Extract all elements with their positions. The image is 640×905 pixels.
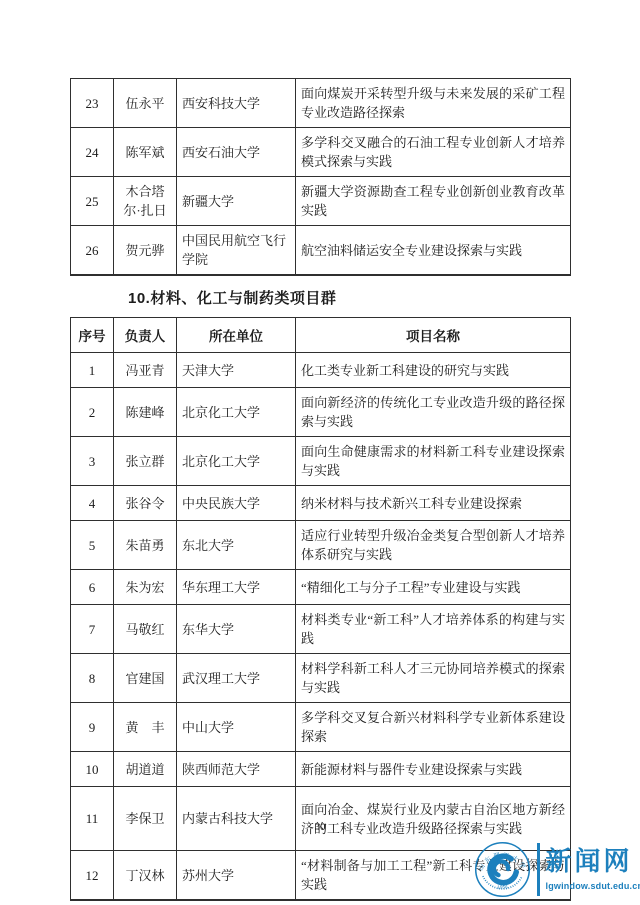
cell-row-number: 12 — [71, 851, 114, 901]
table-header-row: 序号 负责人 所在单位 项目名称 — [71, 318, 571, 353]
cell-row-number: 9 — [71, 703, 114, 752]
cell-row-number: 10 — [71, 752, 114, 787]
cell-person: 张谷令 — [114, 486, 177, 521]
cell-person: 马敬红 — [114, 605, 177, 654]
table-row: 3 张立群 北京化工大学 面向生命健康需求的材料新工科专业建设探索与实践 — [71, 437, 571, 486]
cell-row-number: 24 — [71, 128, 114, 177]
cell-unit: 苏州大学 — [177, 851, 296, 901]
column-header-unit: 所在单位 — [177, 318, 296, 353]
cell-person: 木合塔尔·扎日 — [114, 177, 177, 226]
table-row: 24 陈军斌 西安石油大学 多学科交叉融合的石油工程专业创新人才培养模式探索与实… — [71, 128, 571, 177]
cell-person: 陈建峰 — [114, 388, 177, 437]
cell-unit: 新疆大学 — [177, 177, 296, 226]
watermark-text-block: 新闻网 lgwindow.sdut.edu.cn — [546, 847, 640, 892]
cell-person: 黄 丰 — [114, 703, 177, 752]
cell-project: 适应行业转型升级冶金类复合型创新人才培养体系研究与实践 — [296, 521, 571, 570]
cell-unit: 东北大学 — [177, 521, 296, 570]
cell-person: 朱为宏 — [114, 570, 177, 605]
cell-person: 丁汉林 — [114, 851, 177, 901]
table-row: 9 黄 丰 中山大学 多学科交叉复合新兴材料科学专业新体系建设探索 — [71, 703, 571, 752]
cell-unit: 西安科技大学 — [177, 79, 296, 128]
cell-row-number: 3 — [71, 437, 114, 486]
cell-row-number: 26 — [71, 226, 114, 276]
cell-person: 伍永平 — [114, 79, 177, 128]
cell-row-number: 2 — [71, 388, 114, 437]
cell-person: 朱苗勇 — [114, 521, 177, 570]
cell-project: 纳米材料与技术新兴工科专业建设探索 — [296, 486, 571, 521]
projects-table: 序号 负责人 所在单位 项目名称 1 冯亚青 天津大学 化工类专业新工科建设的研… — [70, 317, 571, 901]
cell-row-number: 6 — [71, 570, 114, 605]
cell-person: 官建国 — [114, 654, 177, 703]
table-row: 25 木合塔尔·扎日 新疆大学 新疆大学资源勘查工程专业创新创业教育改革实践 — [71, 177, 571, 226]
cell-person: 冯亚青 — [114, 353, 177, 388]
cell-project: 多学科交叉复合新兴材料科学专业新体系建设探索 — [296, 703, 571, 752]
table-row: 10 胡道道 陕西师范大学 新能源材料与器件专业建设探索与实践 — [71, 752, 571, 787]
table-row: 8 官建国 武汉理工大学 材料学科新工科人才三元协同培养模式的探索与实践 — [71, 654, 571, 703]
document-page: 23 伍永平 西安科技大学 面向煤炭开采转型升级与未来发展的采矿工程专业改造路径… — [0, 0, 640, 905]
cell-project: 航空油料储运安全专业建设探索与实践 — [296, 226, 571, 276]
cell-project: “精细化工与分子工程”专业建设与实践 — [296, 570, 571, 605]
cell-project: 面向新经济的传统化工专业改造升级的路径探索与实践 — [296, 388, 571, 437]
column-header-person: 负责人 — [114, 318, 177, 353]
page-number: 30 — [0, 821, 640, 833]
cell-person: 陈军斌 — [114, 128, 177, 177]
cell-unit: 中国民用航空飞行学院 — [177, 226, 296, 276]
news-site-watermark: 山东理工大学 1956 新闻网 lgwindow.sdut.edu.cn — [474, 840, 640, 898]
table-row: 23 伍永平 西安科技大学 面向煤炭开采转型升级与未来发展的采矿工程专业改造路径… — [71, 79, 571, 128]
watermark-divider — [537, 843, 540, 896]
cell-unit: 东华大学 — [177, 605, 296, 654]
cell-project: 新能源材料与器件专业建设探索与实践 — [296, 752, 571, 787]
table-row: 5 朱苗勇 东北大学 适应行业转型升级冶金类复合型创新人才培养体系研究与实践 — [71, 521, 571, 570]
cell-row-number: 7 — [71, 605, 114, 654]
page-content: 23 伍永平 西安科技大学 面向煤炭开采转型升级与未来发展的采矿工程专业改造路径… — [70, 78, 570, 901]
site-name: 新闻网 — [546, 847, 640, 875]
cell-row-number: 25 — [71, 177, 114, 226]
cell-person: 贺元骅 — [114, 226, 177, 276]
university-seal-logo: 山东理工大学 1956 — [474, 841, 531, 898]
column-header-project: 项目名称 — [296, 318, 571, 353]
cell-row-number: 11 — [71, 787, 114, 851]
table-row: 2 陈建峰 北京化工大学 面向新经济的传统化工专业改造升级的路径探索与实践 — [71, 388, 571, 437]
cell-row-number: 23 — [71, 79, 114, 128]
cell-project: 材料学科新工科人才三元协同培养模式的探索与实践 — [296, 654, 571, 703]
cell-unit: 中山大学 — [177, 703, 296, 752]
site-url: lgwindow.sdut.edu.cn — [546, 881, 640, 892]
cell-project: 面向煤炭开采转型升级与未来发展的采矿工程专业改造路径探索 — [296, 79, 571, 128]
cell-person: 张立群 — [114, 437, 177, 486]
section-heading: 10.材料、化工与制药类项目群 — [70, 287, 570, 308]
cell-unit: 华东理工大学 — [177, 570, 296, 605]
cell-unit: 天津大学 — [177, 353, 296, 388]
cell-unit: 北京化工大学 — [177, 437, 296, 486]
table-row: 1 冯亚青 天津大学 化工类专业新工科建设的研究与实践 — [71, 353, 571, 388]
cell-project: 化工类专业新工科建设的研究与实践 — [296, 353, 571, 388]
cell-project: 面向生命健康需求的材料新工科专业建设探索与实践 — [296, 437, 571, 486]
cell-unit: 西安石油大学 — [177, 128, 296, 177]
seal-swirl-inner — [494, 861, 508, 875]
projects-table-continued: 23 伍永平 西安科技大学 面向煤炭开采转型升级与未来发展的采矿工程专业改造路径… — [70, 78, 571, 276]
cell-project: 新疆大学资源勘查工程专业创新创业教育改革实践 — [296, 177, 571, 226]
cell-project: 材料类专业“新工科”人才培养体系的构建与实践 — [296, 605, 571, 654]
cell-unit: 北京化工大学 — [177, 388, 296, 437]
column-header-no: 序号 — [71, 318, 114, 353]
cell-unit: 中央民族大学 — [177, 486, 296, 521]
cell-person: 李保卫 — [114, 787, 177, 851]
table-row: 26 贺元骅 中国民用航空飞行学院 航空油料储运安全专业建设探索与实践 — [71, 226, 571, 276]
cell-unit: 内蒙古科技大学 — [177, 787, 296, 851]
cell-row-number: 4 — [71, 486, 114, 521]
cell-unit: 陕西师范大学 — [177, 752, 296, 787]
table-row: 4 张谷令 中央民族大学 纳米材料与技术新兴工科专业建设探索 — [71, 486, 571, 521]
cell-row-number: 1 — [71, 353, 114, 388]
table-row: 7 马敬红 东华大学 材料类专业“新工科”人才培养体系的构建与实践 — [71, 605, 571, 654]
cell-person: 胡道道 — [114, 752, 177, 787]
cell-row-number: 8 — [71, 654, 114, 703]
cell-unit: 武汉理工大学 — [177, 654, 296, 703]
cell-project: 多学科交叉融合的石油工程专业创新人才培养模式探索与实践 — [296, 128, 571, 177]
table-row: 6 朱为宏 华东理工大学 “精细化工与分子工程”专业建设与实践 — [71, 570, 571, 605]
cell-row-number: 5 — [71, 521, 114, 570]
